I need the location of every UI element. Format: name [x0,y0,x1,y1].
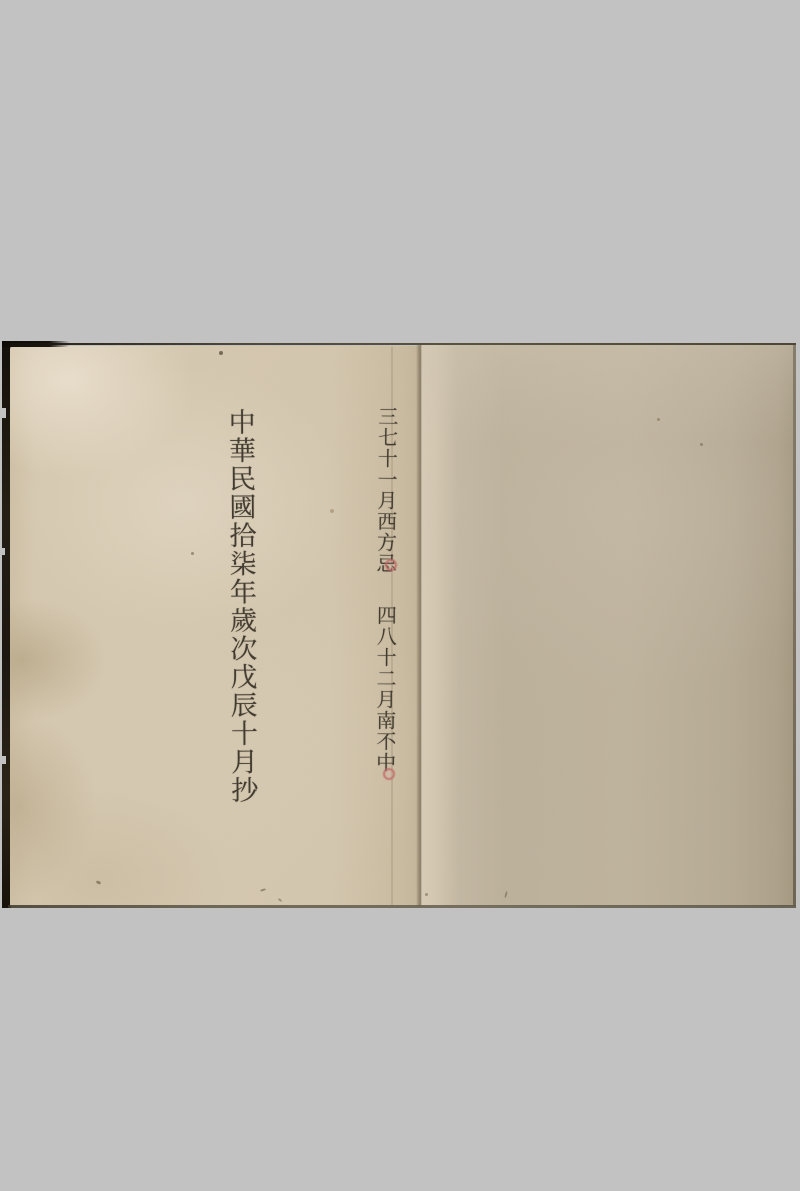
foxing-speck [700,443,703,446]
calendar-taboo-note-1: 三七十一月西方忌 [371,406,402,574]
paper-top-edge [10,343,796,345]
foxing-speck [219,351,223,355]
center-fold-crease [416,344,422,906]
foxing-speck [191,552,194,555]
red-circle-mark-icon [385,559,397,571]
foxing-speck [425,893,428,896]
paper-top-edge-shadow [2,341,70,347]
paper-right-edge [793,345,796,906]
paper-bottom-edge [8,905,796,908]
spine-tear [2,756,6,764]
left-page [10,346,421,907]
foxing-speck [657,418,660,421]
colophon-date-column: 中華民國拾柒年歲次戊辰十月抄 [220,408,262,804]
spine-tear [2,548,5,555]
calendar-taboo-note-2: 四八十二月南不中 [371,605,401,773]
right-page [421,344,796,906]
foxing-speck [330,509,334,513]
spine-tear [2,408,6,418]
manuscript-scan: 中華民國拾柒年歲次戊辰十月抄 三七十一月西方忌 四八十二月南不中 [0,0,800,1191]
red-circle-mark-icon [383,768,395,780]
